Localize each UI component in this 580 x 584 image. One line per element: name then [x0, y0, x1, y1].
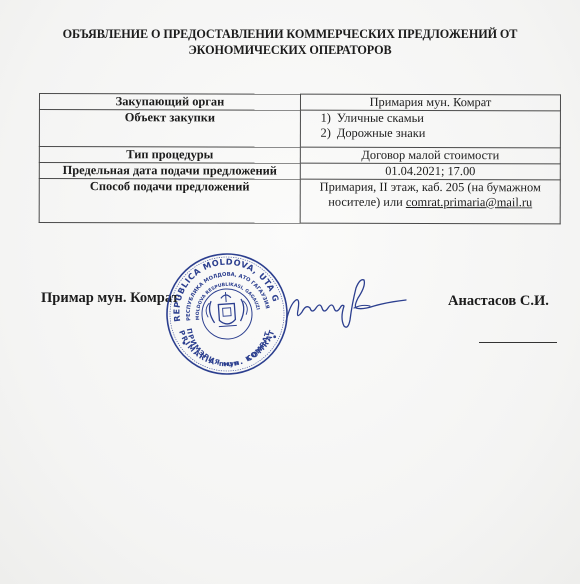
row-value-submission-method: Примария, II этаж, каб. 205 (на бумажном… [300, 179, 560, 224]
list-item: 1)Уличные скамьи [309, 111, 560, 127]
table-row: Объект закупки 1)Уличные скамьи 2)Дорожн… [39, 110, 560, 148]
handwritten-signature-icon [282, 274, 412, 334]
row-label-procurement-object: Объект закупки [39, 110, 300, 148]
row-label-submission-method: Способ подачи предложений [39, 179, 300, 224]
mayor-title: Примар мун. Комрат [41, 290, 179, 307]
table-row: Предельная дата подачи предложений 01.04… [39, 163, 560, 180]
row-label-procedure-type: Тип процедуры [39, 147, 300, 164]
official-stamp-icon: REPUBLICA MOLDOVA, UTA GAGAUZIA РЕСПУБЛИ… [162, 244, 292, 384]
item-text: Уличные скамьи [337, 111, 424, 125]
procurement-items-list: 1)Уличные скамьи 2)Дорожные знаки [301, 111, 560, 142]
procurement-info-table: Закупающий орган Примария мун. Комрат Об… [39, 93, 561, 224]
document-title: ОБЪЯВЛЕНИЕ О ПРЕДОСТАВЛЕНИИ КОММЕРЧЕСКИХ… [0, 26, 580, 58]
table-row: Закупающий орган Примария мун. Комрат [39, 94, 560, 111]
title-line-2: ЭКОНОМИЧЕСКИХ ОПЕРАТОРОВ [0, 42, 580, 58]
row-value-contracting-authority: Примария мун. Комрат [300, 94, 560, 111]
row-label-contracting-authority: Закупающий орган [39, 94, 300, 111]
row-label-deadline: Предельная дата подачи предложений [39, 163, 300, 180]
row-value-procurement-object: 1)Уличные скамьи 2)Дорожные знаки [300, 110, 560, 148]
row-value-procedure-type: Договор малой стоимости [300, 147, 560, 164]
item-number: 1) [309, 111, 331, 126]
table-row: Тип процедуры Договор малой стоимости [39, 147, 560, 164]
item-text: Дорожные знаки [337, 126, 426, 140]
table-row: Способ подачи предложений Примария, II э… [39, 179, 560, 224]
mayor-name: Анастасов С.И. [448, 293, 549, 310]
item-number: 2) [309, 126, 331, 141]
signature-line [479, 342, 557, 343]
title-line-1: ОБЪЯВЛЕНИЕ О ПРЕДОСТАВЛЕНИИ КОММЕРЧЕСКИХ… [0, 26, 580, 42]
list-item: 2)Дорожные знаки [309, 126, 560, 142]
document-page: ОБЪЯВЛЕНИЕ О ПРЕДОСТАВЛЕНИИ КОММЕРЧЕСКИХ… [0, 0, 580, 584]
row-value-deadline: 01.04.2021; 17.00 [300, 163, 560, 180]
email-link[interactable]: comrat.primaria@mail.ru [406, 195, 532, 209]
